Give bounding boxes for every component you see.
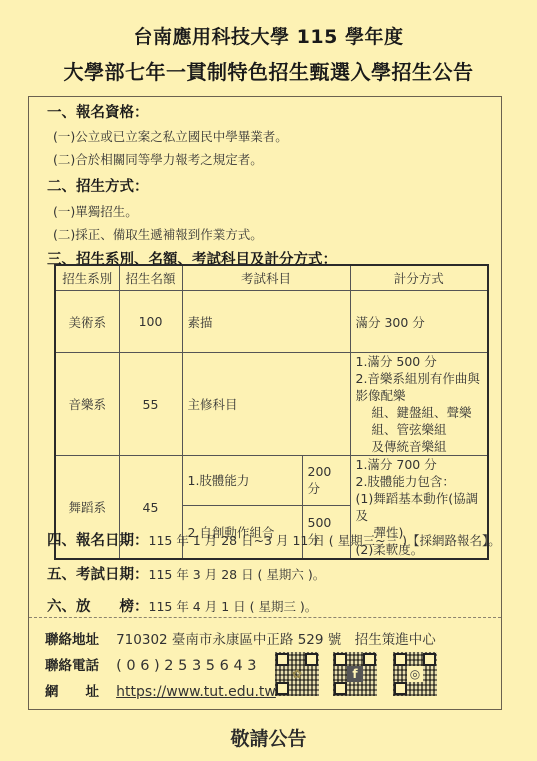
header-quota: 招生名額 xyxy=(119,265,182,291)
art-dept: 美術系 xyxy=(55,291,119,353)
exam-date-label: 五、考試日期： xyxy=(47,567,149,583)
header-dept: 招生系別 xyxy=(55,265,119,291)
qr-code-school[interactable]: ✿ xyxy=(275,652,319,696)
dance-subject-1: 1.肢體能力 xyxy=(182,456,302,506)
result-date: 六、放 榜：115 年 4 月 1 日 ( 星期三 )。 xyxy=(47,595,317,616)
table-row-art: 美術系 100 素描 滿分 300 分 xyxy=(55,291,488,353)
music-scoring-line: 及傳統音樂組 xyxy=(356,438,484,455)
title-line-2: 大學部七年一貫制特色招生甄選入學招生公告 xyxy=(0,56,537,85)
music-quota: 55 xyxy=(119,353,182,456)
music-scoring-line: 2.音樂系組別有作曲與影像配樂 xyxy=(356,370,484,404)
header-subject: 考試科目 xyxy=(182,265,350,291)
eligibility-item-1: (一)公立或已立案之私立國民中學畢業者。 xyxy=(53,127,288,145)
art-subject: 素描 xyxy=(182,291,350,353)
art-scoring: 滿分 300 分 xyxy=(350,291,488,353)
method-item-2: (二)採正、備取生遞補報到作業方式。 xyxy=(53,225,263,243)
music-scoring-line: 組、鍵盤組、聲樂組、管弦樂組 xyxy=(356,404,484,438)
dance-scoring-line: 1.滿分 700 分 xyxy=(356,456,484,473)
result-date-value: 115 年 4 月 1 日 ( 星期三 )。 xyxy=(149,599,318,614)
music-subject: 主修科目 xyxy=(182,353,350,456)
art-quota: 100 xyxy=(119,291,182,353)
dance-points-1: 200 分 xyxy=(302,456,350,506)
dance-scoring-line: 2.肢體能力包含： xyxy=(356,473,484,490)
registration-date: 四、報名日期：115 年 1 月 28 日~3 月 11 日 ( 星期三~三 )… xyxy=(47,529,501,550)
phone-value: ( 0 6 ) 2 5 3 5 6 4 3 xyxy=(116,658,256,674)
contact-web: 網 址 https://www.tut.edu.tw xyxy=(45,680,276,700)
registration-date-value: 115 年 1 月 28 日~3 月 11 日 ( 星期三~三 )【採網路報名】… xyxy=(149,533,501,548)
phone-label: 聯絡電話 xyxy=(45,658,99,674)
qr-code-instagram[interactable]: ◎ xyxy=(393,652,437,696)
announcement-frame: 一、報名資格： (一)公立或已立案之私立國民中學畢業者。 (二)合於相關同等學力… xyxy=(28,96,502,710)
method-item-1: (一)單獨招生。 xyxy=(53,202,138,220)
dance-scoring-line: (1)舞蹈基本動作(協調及 xyxy=(356,490,484,524)
instagram-icon: ◎ xyxy=(407,666,423,682)
admission-table: 招生系別 招生名額 考試科目 計分方式 美術系 100 素描 滿分 300 分 … xyxy=(54,264,489,560)
exam-date: 五、考試日期：115 年 3 月 28 日 ( 星期六 )。 xyxy=(47,563,325,584)
eligibility-item-2: (二)合於相關同等學力報考之規定者。 xyxy=(53,150,263,168)
footer-notice: 敬請公告 xyxy=(0,724,537,751)
header-scoring: 計分方式 xyxy=(350,265,488,291)
exam-date-value: 115 年 3 月 28 日 ( 星期六 )。 xyxy=(149,567,326,582)
web-link[interactable]: https://www.tut.edu.tw xyxy=(116,684,276,700)
divider xyxy=(29,617,501,618)
qr-code-facebook[interactable]: f xyxy=(333,652,377,696)
table-row-music: 音樂系 55 主修科目 1.滿分 500 分 2.音樂系組別有作曲與影像配樂 組… xyxy=(55,353,488,456)
eligibility-heading: 一、報名資格： xyxy=(47,101,149,122)
method-heading: 二、招生方式： xyxy=(47,175,149,196)
table-row-dance-1: 舞蹈系 45 1.肢體能力 200 分 1.滿分 700 分 2.肢體能力包含：… xyxy=(55,456,488,506)
contact-address: 聯絡地址 710302 臺南市永康區中正路 529 號 招生策進中心 xyxy=(45,628,436,648)
registration-date-label: 四、報名日期： xyxy=(47,533,149,549)
result-date-label: 六、放 榜： xyxy=(47,599,149,615)
school-logo-icon: ✿ xyxy=(289,666,305,682)
music-scoring-line: 1.滿分 500 分 xyxy=(356,353,484,370)
contact-phone: 聯絡電話 ( 0 6 ) 2 5 3 5 6 4 3 xyxy=(45,654,257,674)
web-label: 網 址 xyxy=(45,684,99,700)
address-label: 聯絡地址 xyxy=(45,632,99,648)
table-header-row: 招生系別 招生名額 考試科目 計分方式 xyxy=(55,265,488,291)
facebook-icon: f xyxy=(347,666,363,682)
music-dept: 音樂系 xyxy=(55,353,119,456)
address-value: 710302 臺南市永康區中正路 529 號 招生策進中心 xyxy=(116,632,436,648)
title-line-1: 台南應用科技大學 115 學年度 xyxy=(0,22,537,49)
music-scoring: 1.滿分 500 分 2.音樂系組別有作曲與影像配樂 組、鍵盤組、聲樂組、管弦樂… xyxy=(350,353,488,456)
